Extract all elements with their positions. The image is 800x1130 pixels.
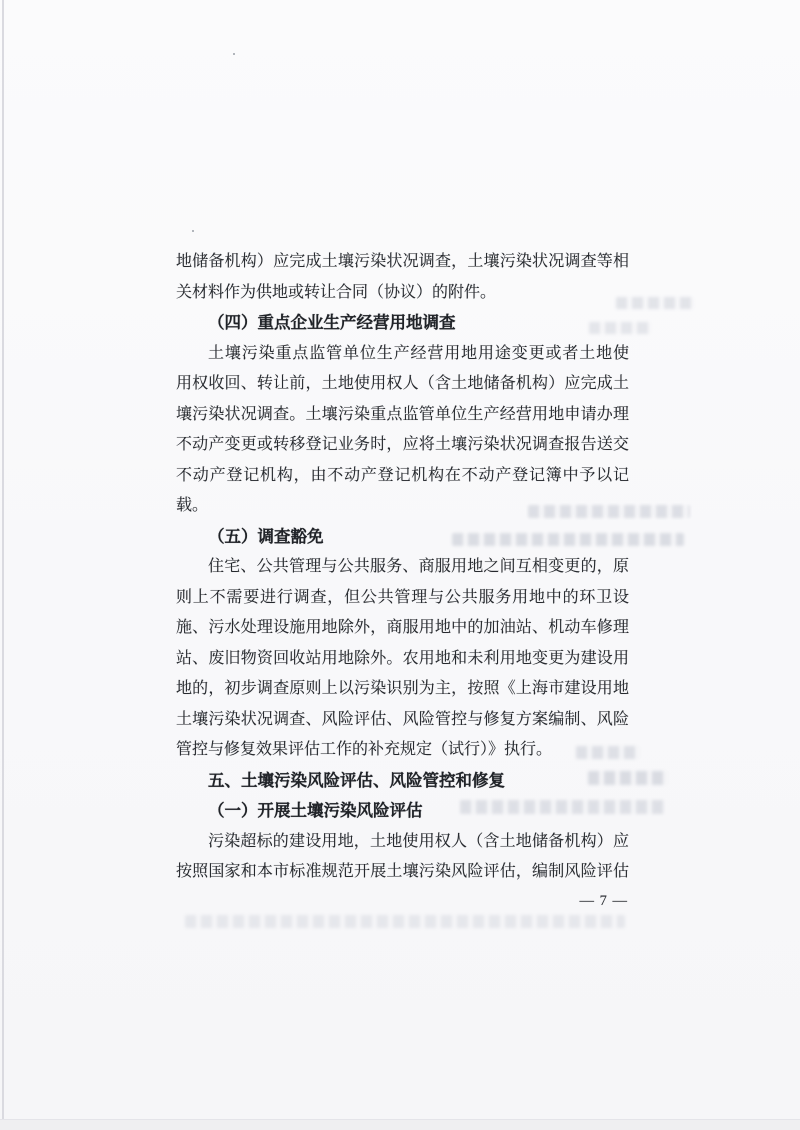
text-line: 住宅、公共管理与公共服务、商服用地之间互相变更的，原 (176, 552, 629, 583)
text-line: 不动产变更或转移登记业务时，应将土壤污染状况调查报告送交 (176, 430, 629, 461)
text-line: 施、污水处理设施用地除外，商服用地中的加油站、机动车修理 (176, 613, 629, 644)
heading-line: （五）调查豁免 (176, 522, 629, 553)
text-line: 用权收回、转让前，土地使用权人（含土地储备机构）应完成土 (176, 369, 629, 400)
scanned-page: 地储备机构）应完成土壤污染状况调查，土壤污染状况调查等相关材料作为供地或转让合同… (0, 0, 800, 1130)
text-line: 则上不需要进行调查，但公共管理与公共服务用地中的环卫设 (176, 583, 629, 614)
bleedthrough-mark (185, 915, 625, 928)
page-number: — 7 — (176, 893, 642, 910)
section-heading-line: 五、土壤污染风险评估、风险管控和修复 (176, 766, 629, 797)
text-line: 土壤污染状况调查、风险评估、风险管控与修复方案编制、风险 (176, 705, 629, 736)
text-line: 不动产登记机构，由不动产登记机构在不动产登记簿中予以记 (176, 461, 629, 492)
scan-speck (192, 230, 194, 232)
heading-line: （四）重点企业生产经营用地调查 (176, 308, 629, 339)
document-text-block: 地储备机构）应完成土壤污染状况调查，土壤污染状况调查等相关材料作为供地或转让合同… (176, 247, 629, 888)
text-line: 载。 (176, 491, 629, 522)
text-line: 地储备机构）应完成土壤污染状况调查，土壤污染状况调查等相 (176, 247, 629, 278)
heading-line: （一）开展土壤污染风险评估 (176, 796, 629, 827)
scan-speck (233, 53, 235, 55)
text-line: 壤污染状况调查。土壤污染重点监管单位生产经营用地申请办理 (176, 400, 629, 431)
text-line: 按照国家和本市标准规范开展土壤污染风险评估，编制风险评估 (176, 857, 629, 888)
text-line: 污染超标的建设用地，土地使用权人（含土地储备机构）应 (176, 827, 629, 858)
text-line: 关材料作为供地或转让合同（协议）的附件。 (176, 278, 629, 309)
text-line: 站、废旧物资回收站用地除外。农用地和未利用地变更为建设用 (176, 644, 629, 675)
page-edge-line (2, 0, 4, 1130)
text-line: 地的，初步调查原则上以污染识别为主，按照《上海市建设用地 (176, 674, 629, 705)
text-line: 土壤污染重点监管单位生产经营用地用途变更或者土地使 (176, 339, 629, 370)
scan-bottom-strip (0, 1119, 800, 1130)
text-line: 管控与修复效果评估工作的补充规定（试行）》执行。 (176, 735, 629, 766)
